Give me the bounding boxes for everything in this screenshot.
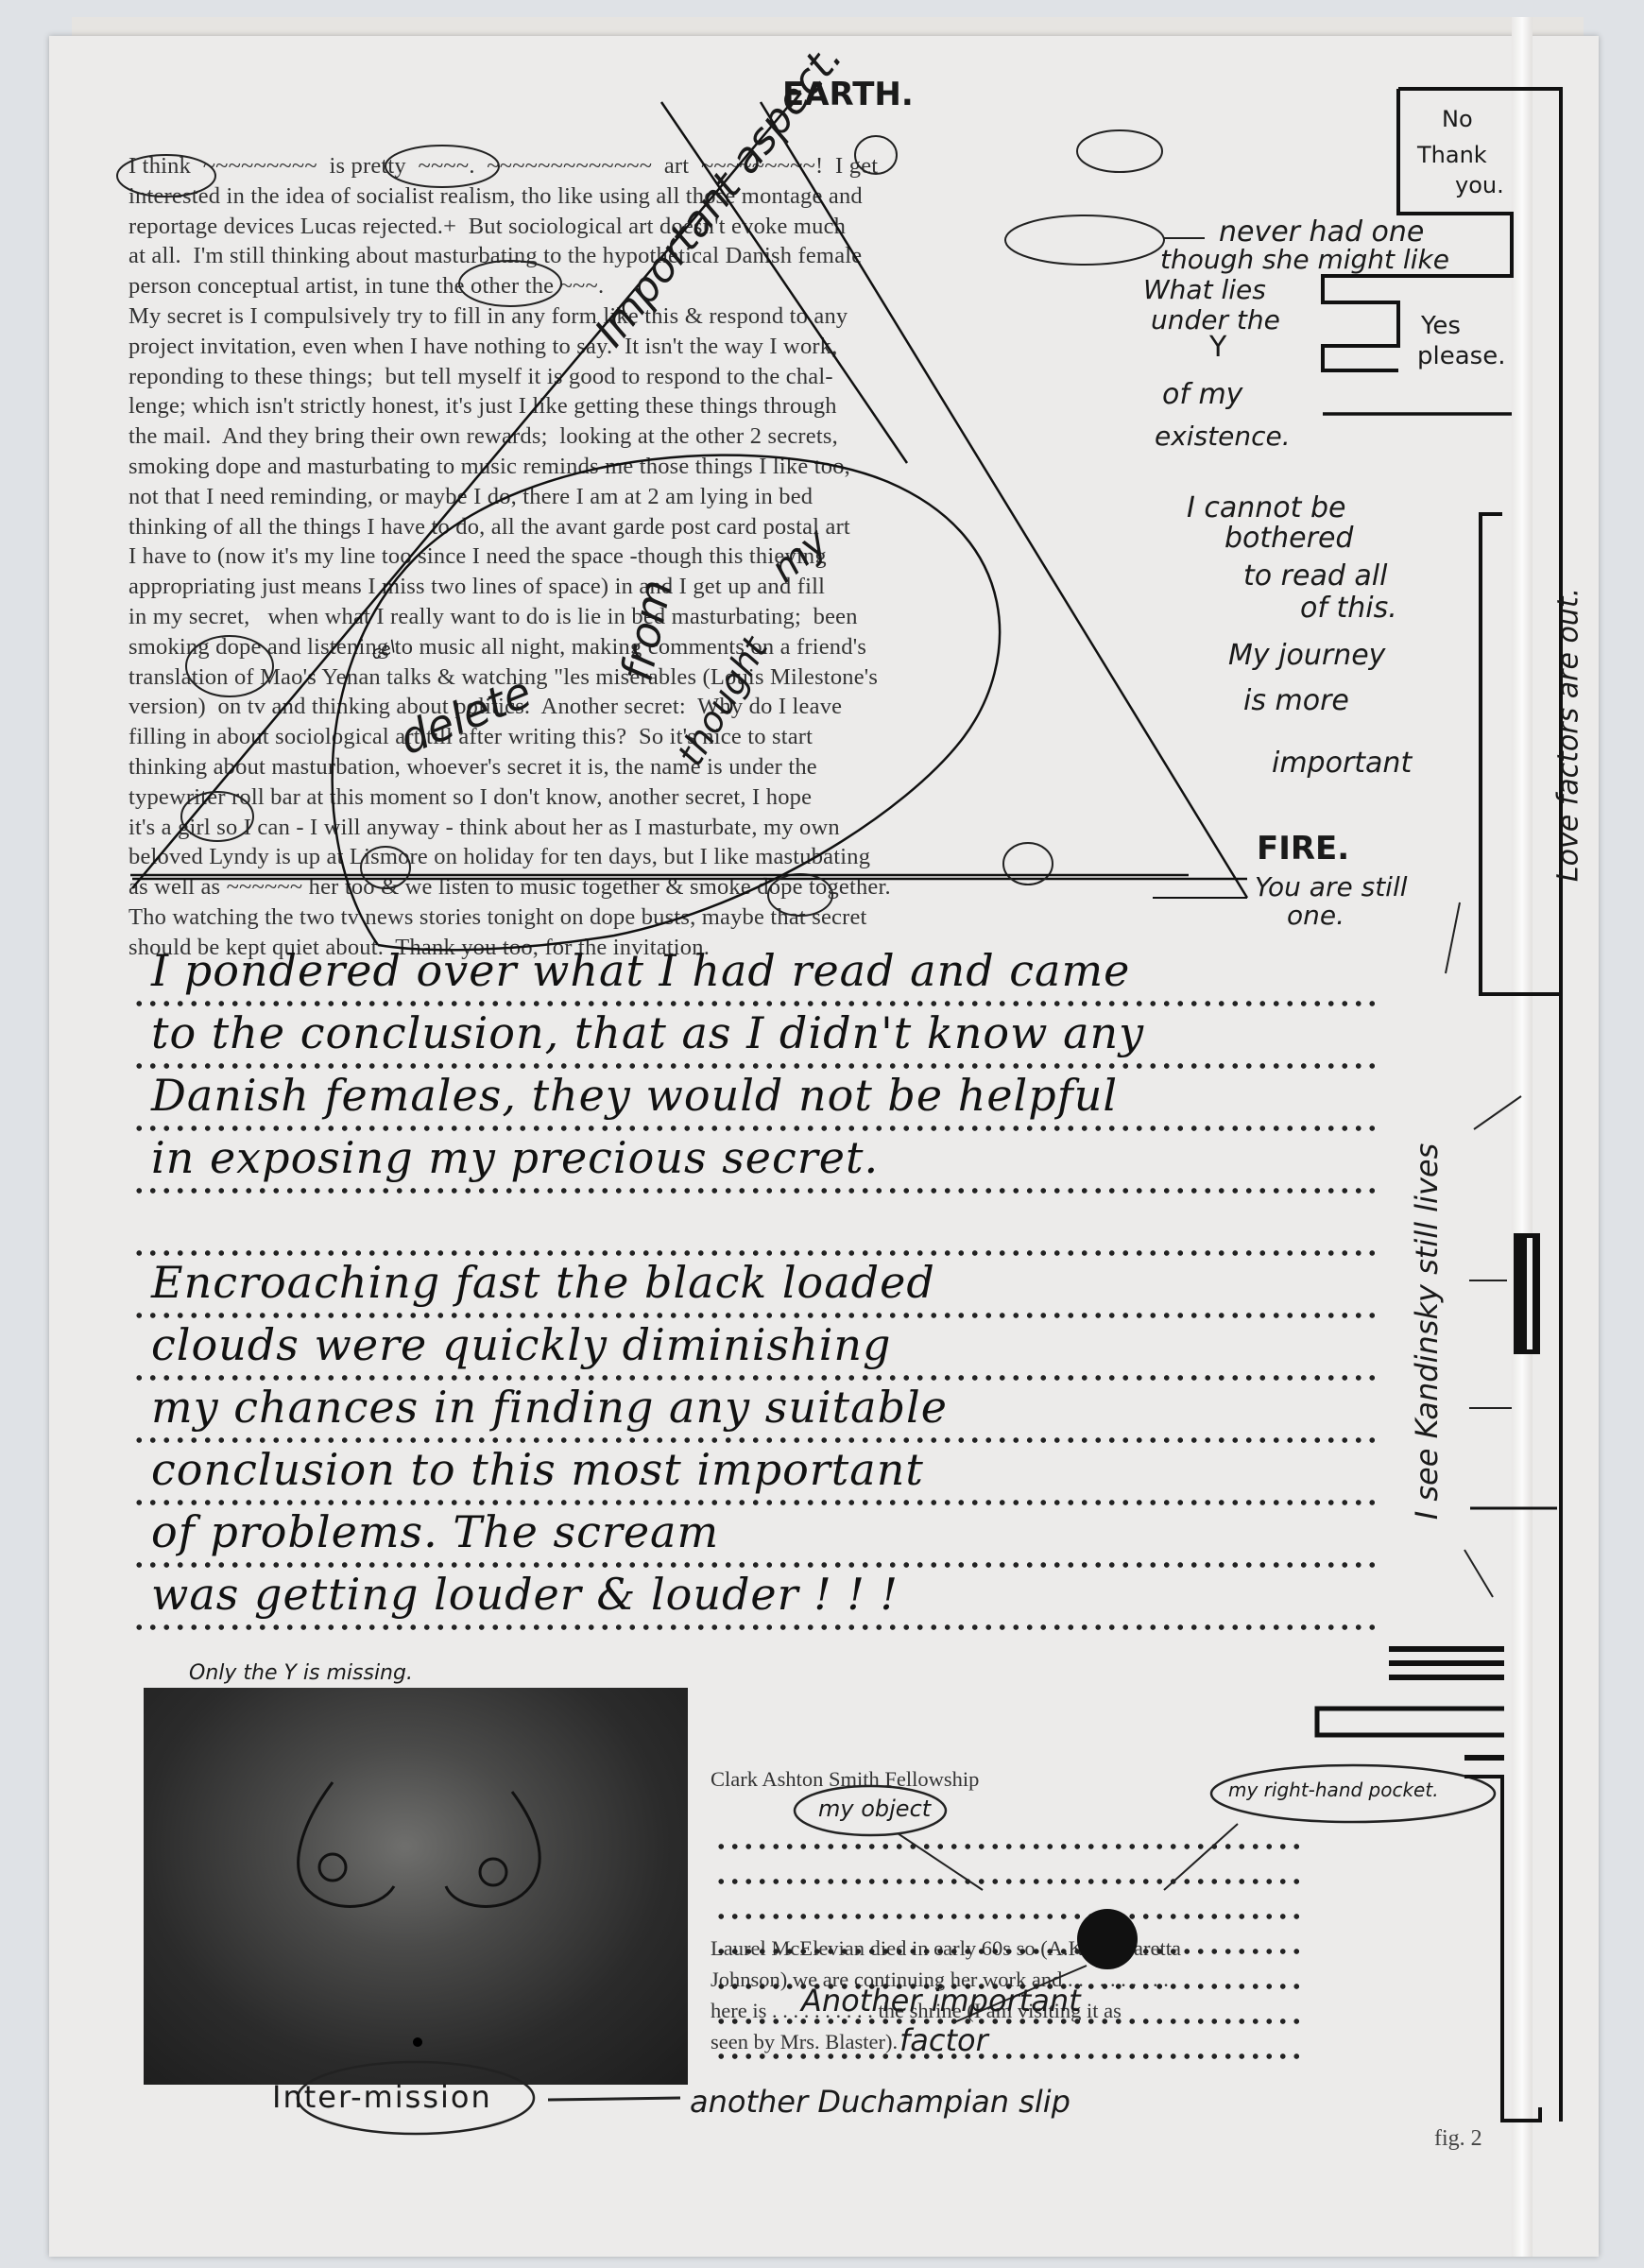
typed-line: thinking about masturbation, whoever's s… — [128, 752, 1196, 782]
poem-text: was getting louder & louder ! ! ! — [151, 1569, 899, 1620]
dotted-rule — [714, 1913, 1300, 1920]
poem-line: to the conclusion, that as I didn't know… — [132, 1007, 1379, 1070]
annotation-only-the-y: Only the Y is missing. — [189, 1661, 413, 1685]
annotation-one: one. — [1287, 900, 1344, 931]
annotation-line: to read all — [1243, 559, 1387, 593]
dotted-rule — [132, 1561, 1379, 1569]
poem-line: clouds were quickly diminishing — [132, 1319, 1379, 1382]
dotted-rule — [132, 1249, 1379, 1257]
poem-text: I pondered over what I had read and came — [151, 945, 1130, 996]
dotted-rule — [132, 1624, 1379, 1631]
poem-text: Danish females, they would not be helpfu… — [151, 1070, 1118, 1121]
annotation-y: Y — [1209, 331, 1226, 364]
poem-line: was getting louder & louder ! ! ! — [132, 1569, 1379, 1631]
poem-line: I pondered over what I had read and came — [132, 945, 1379, 1007]
annotation-line: is more — [1243, 684, 1349, 717]
typed-line: typewriter roll bar at this moment so I … — [128, 782, 1196, 813]
annotation-of-my: of my — [1162, 378, 1242, 411]
poem-text: clouds were quickly diminishing — [151, 1319, 892, 1370]
dotted-rule — [714, 1843, 1300, 1850]
annotation-please: please. — [1417, 342, 1505, 370]
annotation-intermission: Inter-mission — [272, 2079, 492, 2115]
dotted-rule — [132, 1000, 1379, 1007]
typed-line: beloved Lyndy is up at Lismore on holida… — [128, 842, 1196, 872]
typed-line: I think ~~~~~~~~~ is pretty ~~~~. ~~~~~~… — [128, 151, 1196, 181]
typed-line: project invitation, even when I have not… — [128, 332, 1196, 362]
poem-text: of problems. The scream — [151, 1506, 719, 1557]
annotation-you: you. — [1455, 172, 1504, 198]
annotation-line: of this. — [1300, 592, 1397, 625]
photo-figure — [144, 1688, 688, 2085]
dotted-rule — [132, 1312, 1379, 1319]
annotation-yes: Yes — [1421, 312, 1461, 340]
typed-line: as well as ~~~~~~ her too & we listen to… — [128, 872, 1196, 902]
typed-line: lenge; which isn't strictly honest, it's… — [128, 391, 1196, 421]
typed-line: Tho watching the two tv news stories ton… — [128, 902, 1196, 933]
typed-line: smoking dope and masturbating to music r… — [128, 452, 1196, 482]
annotation-line: bothered — [1224, 522, 1353, 555]
annotation-line: important — [1272, 747, 1412, 780]
dotted-rule — [132, 1374, 1379, 1382]
typed-line: it's a girl so I can - I will anyway - t… — [128, 813, 1196, 843]
annotation-you-are-still: You are still — [1255, 871, 1408, 902]
dotted-rule — [132, 1499, 1379, 1506]
poem-text: my chances in finding any suitable — [151, 1382, 948, 1433]
sketch-outline — [144, 1688, 688, 2085]
poem-line: conclusion to this most important — [132, 1444, 1379, 1506]
poem-line: of problems. The scream — [132, 1506, 1379, 1569]
annotation-she-might-like: though she might like — [1160, 244, 1449, 275]
annotation-line: My journey — [1228, 639, 1385, 672]
annotation-no: No — [1442, 106, 1473, 132]
poem-line: my chances in finding any suitable — [132, 1382, 1379, 1444]
typed-line: thinking of all the things I have to do,… — [128, 512, 1196, 542]
poem-line: in exposing my precious secret. — [132, 1132, 1379, 1194]
annotation-my-object: my object — [818, 1795, 931, 1822]
annotation-what-lies: What lies — [1143, 274, 1266, 305]
poem-text: conclusion to this most important — [151, 1444, 924, 1495]
poem-line: Encroaching fast the black loaded — [132, 1257, 1379, 1319]
typed-line: reponding to these things; but tell myse… — [128, 362, 1196, 392]
annotation-love-factors: Love factors are out. — [1552, 546, 1585, 924]
dotted-rule — [132, 1125, 1379, 1132]
handwritten-poem: I pondered over what I had read and came… — [132, 945, 1379, 1631]
poem-text: in exposing my precious secret. — [151, 1132, 879, 1183]
dotted-rule — [132, 1062, 1379, 1070]
typed-line: I have to (now it's my line too since I … — [128, 541, 1196, 572]
annotation-factor: factor — [899, 2022, 988, 2058]
annotation-another-important: Another important — [801, 1983, 1081, 2019]
typed-line: version) on tv and thinking about politi… — [128, 692, 1196, 722]
annotation-thank: Thank — [1417, 142, 1487, 168]
figure-label: fig. 2 — [1434, 2126, 1482, 2152]
annotation-right-hand-pocket: my right-hand pocket. — [1228, 1778, 1439, 1801]
typed-line: interested in the idea of socialist real… — [128, 181, 1196, 212]
typed-line: not that I need reminding, or maybe I do… — [128, 482, 1196, 512]
annotation-fire: FIRE. — [1257, 830, 1349, 868]
typed-line: filling in about sociological art till a… — [128, 722, 1196, 752]
dotted-rule — [714, 1948, 1300, 1955]
dotted-rule — [714, 2018, 1300, 2025]
dotted-rule — [714, 2053, 1300, 2060]
caption-block: Clark Ashton Smith Fellowship Laurel McE… — [711, 1701, 1533, 2088]
poem-line — [132, 1194, 1379, 1257]
poem-text: Encroaching fast the black loaded — [151, 1257, 935, 1308]
dotted-rule — [714, 1878, 1300, 1885]
dotted-rule — [132, 1187, 1379, 1194]
typed-line: the mail. And they bring their own rewar… — [128, 421, 1196, 452]
annotation-existence: existence. — [1155, 421, 1291, 452]
annotation-kandinsky: I see Kandinsky still lives — [1409, 1067, 1445, 1596]
dotted-rule — [132, 1436, 1379, 1444]
poem-text: to the conclusion, that as I didn't know… — [151, 1007, 1144, 1058]
annotation-line: I cannot be — [1187, 491, 1345, 524]
annotation-duchampian-slip: another Duchampian slip — [690, 2084, 1070, 2120]
poem-line: Danish females, they would not be helpfu… — [132, 1070, 1379, 1132]
